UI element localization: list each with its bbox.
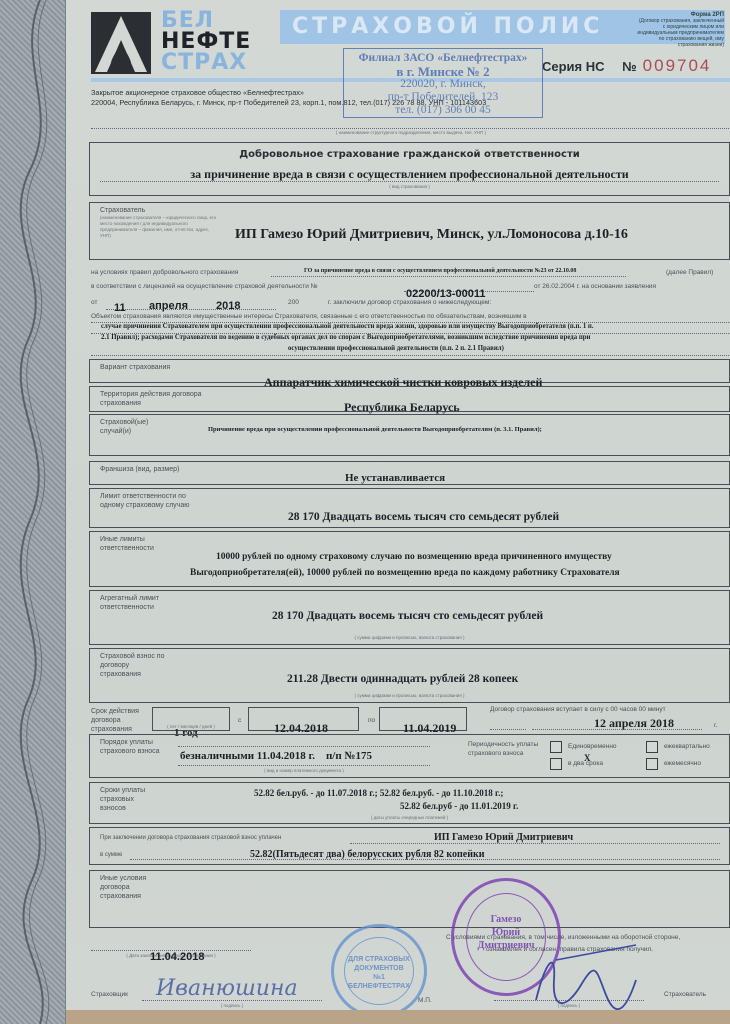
checkbox-two-terms[interactable] <box>550 758 562 770</box>
payment-method: безналичными 11.04.2018 г. п/п №175 <box>180 750 372 762</box>
paper-edge <box>66 1010 730 1024</box>
branch-line <box>91 128 730 129</box>
other-limits-box: Иные лимиты ответственности 10000 рублей… <box>89 531 730 587</box>
payment-schedule-box: Сроки уплаты страховых взносов 52.82 бел… <box>89 782 730 824</box>
premium-box: Страховой взнос по договору страхования … <box>89 648 730 703</box>
conclusion-date: 11.04.2018 <box>150 951 204 963</box>
checkbox-quarterly[interactable] <box>646 741 658 753</box>
document-title: СТРАХОВОЙ ПОЛИС <box>292 14 603 39</box>
security-strip <box>0 0 66 1024</box>
territory-value: Республика Беларусь <box>344 400 460 415</box>
series-number: Серия НС №009704 <box>542 56 711 76</box>
insurance-type-box: Добровольное страхование гражданской отв… <box>89 142 730 196</box>
payer-name: ИП Гамезо Юрий Дмитриевич <box>434 832 573 843</box>
form-note: Форма 2РП (Договор страхования, заключен… <box>636 12 724 48</box>
paid-box: При заключении договора страхования стра… <box>89 827 730 865</box>
limit-per-case-box: Лимит ответственности по одному страхово… <box>89 488 730 528</box>
insurance-policy: БЕЛ НЕФТЕ СТРАХ СТРАХОВОЙ ПОЛИС Форма 2Р… <box>66 0 730 1010</box>
policyholder-signature <box>526 940 646 1020</box>
policyholder-box: Страхователь (наименование страхователя … <box>89 202 730 260</box>
effective-date: 12 апреля 2018 <box>594 716 674 731</box>
checkbox-lump-sum[interactable] <box>550 741 562 753</box>
policy-number: 009704 <box>643 56 712 75</box>
other-conditions-box: Иные условия договора страхования <box>89 870 730 928</box>
insurer-signature: Иванюшина <box>156 976 298 1001</box>
premium-value: 211.28 Двести одиннадцать рублей 28 копе… <box>287 673 518 685</box>
aggregate-limit-box: Агрегатный лимит ответственности 28 170 … <box>89 590 730 645</box>
payment-box: Порядок уплаты страхового взноса безнали… <box>89 734 730 778</box>
policyholder-name: ИП Гамезо Юрий Дмитриевич, Минск, ул.Лом… <box>235 227 628 243</box>
franchise-box: Франшиза (вид, размер) Не устанавливаетс… <box>89 461 730 485</box>
brand-name: БЕЛ НЕФТЕ СТРАХ <box>161 10 251 73</box>
insurer-stamp: ДЛЯ СТРАХОВЫХ ДОКУМЕНТОВ №1 БЕЛНЕФТЕСТРА… <box>331 924 427 1018</box>
belneftestrakh-logo <box>91 12 151 74</box>
insured-cases-box: Страховой(ые) случай(и) Причинение вреда… <box>89 414 730 456</box>
paid-amount: 52.82(Пятьдесят два) белорусских рубля 8… <box>250 849 485 860</box>
checkbox-monthly[interactable] <box>646 758 658 770</box>
branch-stamp: Филиал ЗАСО «Белнефтестрах» в г. Минске … <box>343 48 543 118</box>
